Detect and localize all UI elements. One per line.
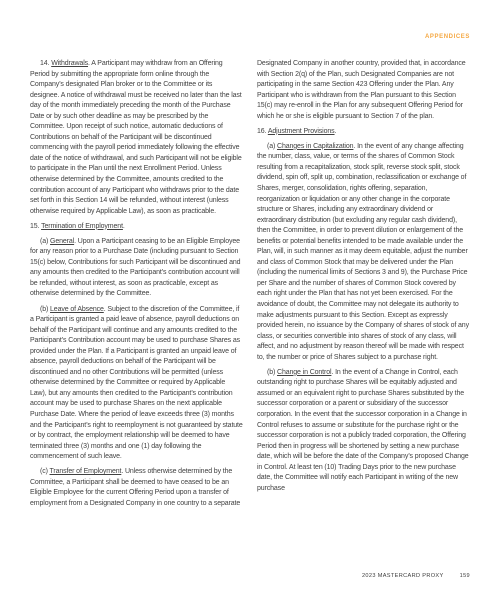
body-paragraph: (a) General. Upon a Participant ceasing … [30,237,243,300]
underlined-term: General [50,238,74,245]
text-run: . [123,223,125,230]
body-paragraph: (a) Changes in Capitalization. In the ev… [257,142,470,363]
section-heading: 16. Adjustment Provisions. [257,127,470,138]
appendices-header-label: APPENDICES [425,34,470,40]
text-run: (a) [40,238,50,245]
section-heading: 15. Termination of Employment. [30,222,243,233]
text-run: . In the event of a Change in Control, e… [257,369,469,492]
underlined-term: Change in Control [277,369,331,376]
text-run: (c) [40,468,50,475]
two-column-text-body: 14. Withdrawals. A Participant may withd… [30,59,470,514]
footer-label: 2023 MASTERCARD PROXY [362,573,444,579]
body-paragraph: (b) Leave of Absence. Subject to the dis… [30,305,243,463]
underlined-term: Adjustment Provisions [268,128,335,135]
text-run: (a) [267,143,277,150]
body-paragraph: Designated Company in another country, p… [257,59,470,122]
text-run: . A Participant may withdraw from an Off… [30,60,242,215]
text-run: . Subject to the discretion of the Commi… [30,306,243,461]
body-paragraph: 14. Withdrawals. A Participant may withd… [30,59,243,217]
text-run: 15. [30,223,41,230]
text-run: (b) [40,306,50,313]
page-footer: 2023 MASTERCARD PROXY 159 [362,573,470,579]
underlined-term: Termination of Employment [41,223,123,230]
body-paragraph: (b) Change in Control. In the event of a… [257,368,470,495]
text-column-right: Designated Company in another country, p… [257,59,470,514]
text-column-left: 14. Withdrawals. A Participant may withd… [30,59,243,514]
text-run: . [335,128,337,135]
text-run: . Upon a Participant ceasing to be an El… [30,238,240,298]
proxy-document-page: APPENDICES 14. Withdrawals. A Participan… [0,0,500,592]
text-run: 14. [40,60,51,67]
text-run: . In the event of any change affecting t… [257,143,469,361]
text-run: (b) [267,369,277,376]
body-paragraph: (c) Transfer of Employment. Unless other… [30,467,243,509]
underlined-term: Transfer of Employment [50,468,122,475]
text-run: Designated Company in another country, p… [257,60,466,120]
text-run: 16. [257,128,268,135]
page-number: 159 [460,573,470,579]
underlined-term: Changes in Capitalization [277,143,353,150]
underlined-term: Withdrawals [51,60,88,67]
underlined-term: Leave of Absence [50,306,104,313]
